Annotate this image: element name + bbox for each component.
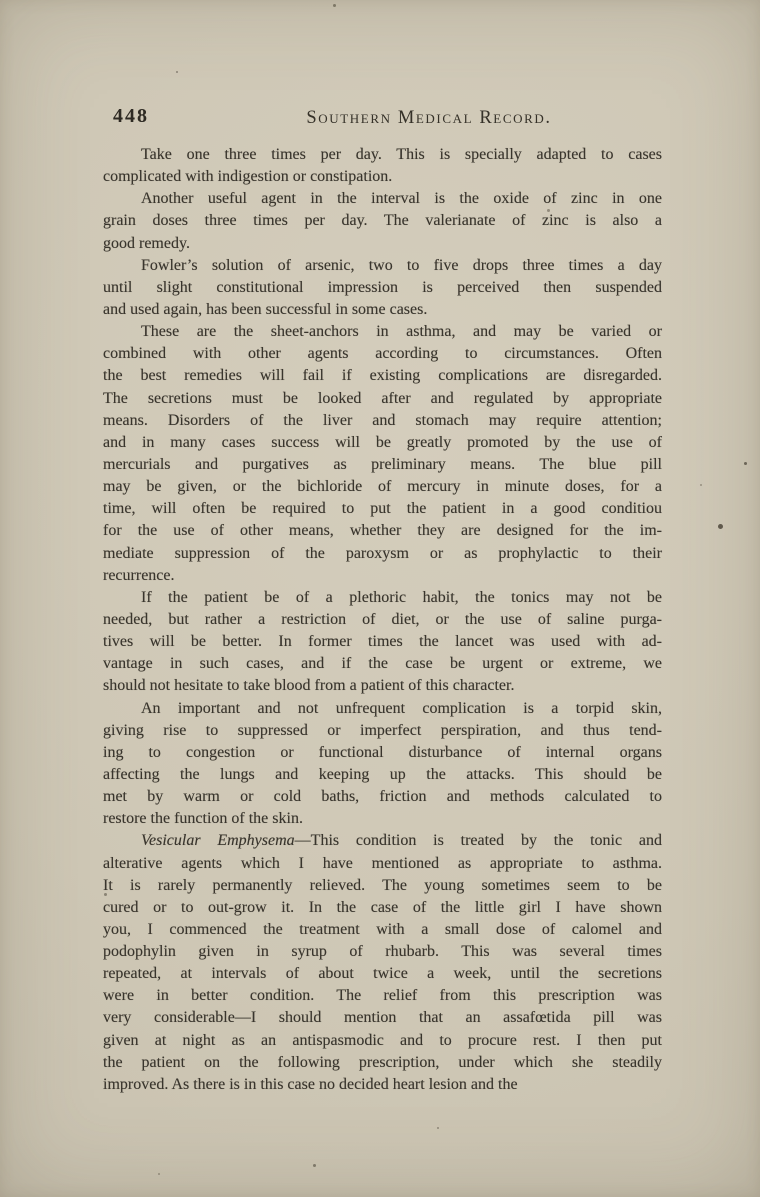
text-line: It is rarely permanently relieved. The y… (103, 875, 662, 897)
text-line: restore the function of the skin. (103, 808, 662, 830)
text-line: If the patient be of a plethoric habit, … (103, 587, 662, 609)
paper-speck (437, 1127, 439, 1129)
text-line: Vesicular Emphysema—This condition is tr… (103, 830, 662, 852)
paragraph: Take one three times per day. This is sp… (103, 144, 662, 188)
text-line: combined with other agents according to … (103, 343, 662, 365)
paragraph: Fowler’s solution of arsenic, two to fiv… (103, 255, 662, 321)
text-line: podophylin given in syrup of rhubarb. Th… (103, 941, 662, 963)
text-line: may be given, or the bichloride of mercu… (103, 476, 662, 498)
text-line: Another useful agent in the interval is … (103, 188, 662, 210)
text-line: mercurials and purgatives as preliminary… (103, 454, 662, 476)
page-number: 448 (113, 105, 149, 128)
text-line: means. Disorders of the liver and stomac… (103, 410, 662, 432)
book-page: 448 Southern Medical Record. Take one th… (0, 0, 760, 1197)
paper-speck (700, 484, 702, 486)
paragraph: If the patient be of a plethoric habit, … (103, 587, 662, 698)
text-line: given at night as an antispasmodic and t… (103, 1030, 662, 1052)
text-line: needed, but rather a restriction of diet… (103, 609, 662, 631)
running-title: Southern Medical Record. (306, 108, 551, 129)
paper-speck (718, 524, 723, 529)
text-line: good remedy. (103, 233, 662, 255)
text-line: alterative agents which I have mentioned… (103, 853, 662, 875)
text-line: affecting the lungs and keeping up the a… (103, 764, 662, 786)
text-line: the patient on the following prescriptio… (103, 1052, 662, 1074)
paper-speck (333, 4, 336, 7)
text-line: vantage in such cases, and if the case b… (103, 653, 662, 675)
text-line: tives will be better. In former times th… (103, 631, 662, 653)
text-line: recurrence. (103, 565, 662, 587)
paragraph: Another useful agent in the interval is … (103, 188, 662, 254)
paragraph: These are the sheet-anchors in asthma, a… (103, 321, 662, 587)
text-line: should not hesitate to take blood from a… (103, 675, 662, 697)
text-line: were in better condition. The relief fro… (103, 985, 662, 1007)
text-line: very considerable—I should mention that … (103, 1007, 662, 1029)
text-line: mediate suppression of the paroxysm or a… (103, 543, 662, 565)
text-line: giving rise to suppressed or imperfect p… (103, 720, 662, 742)
text-line: met by warm or cold baths, friction and … (103, 786, 662, 808)
paper-speck (158, 1173, 160, 1175)
text-line: The secretions must be looked after and … (103, 388, 662, 410)
text-line: until slight constitutional impression i… (103, 277, 662, 299)
text-line: repeated, at intervals of about twice a … (103, 963, 662, 985)
line-text: —This condition is treated by the tonic … (295, 832, 662, 849)
paper-speck (744, 462, 747, 465)
text-line: ing to congestion or functional disturba… (103, 742, 662, 764)
text-line: the best remedies will fail if existing … (103, 365, 662, 387)
text-line: cured or to out-grow it. In the case of … (103, 897, 662, 919)
text-line: and used again, has been successful in s… (103, 299, 662, 321)
text-line: improved. As there is in this case no de… (103, 1074, 662, 1096)
paper-speck (313, 1164, 316, 1167)
italic-term: Vesicular Emphysema (141, 832, 295, 849)
text-line: and in many cases success will be greatl… (103, 432, 662, 454)
text-line: complicated with indigestion or constipa… (103, 166, 662, 188)
text-line: you, I commenced the treatment with a sm… (103, 919, 662, 941)
text-line: These are the sheet-anchors in asthma, a… (103, 321, 662, 343)
text-line: time, will often be required to put the … (103, 498, 662, 520)
text-line: An important and not unfrequent complica… (103, 698, 662, 720)
page-body: Take one three times per day. This is sp… (103, 144, 662, 1096)
paragraph: Vesicular Emphysema—This condition is tr… (103, 830, 662, 1096)
paper-speck (176, 71, 178, 73)
text-line: Take one three times per day. This is sp… (103, 144, 662, 166)
text-line: for the use of other means, whether they… (103, 520, 662, 542)
paragraph: An important and not unfrequent complica… (103, 698, 662, 831)
text-line: Fowler’s solution of arsenic, two to fiv… (103, 255, 662, 277)
text-line: grain doses three times per day. The val… (103, 210, 662, 232)
